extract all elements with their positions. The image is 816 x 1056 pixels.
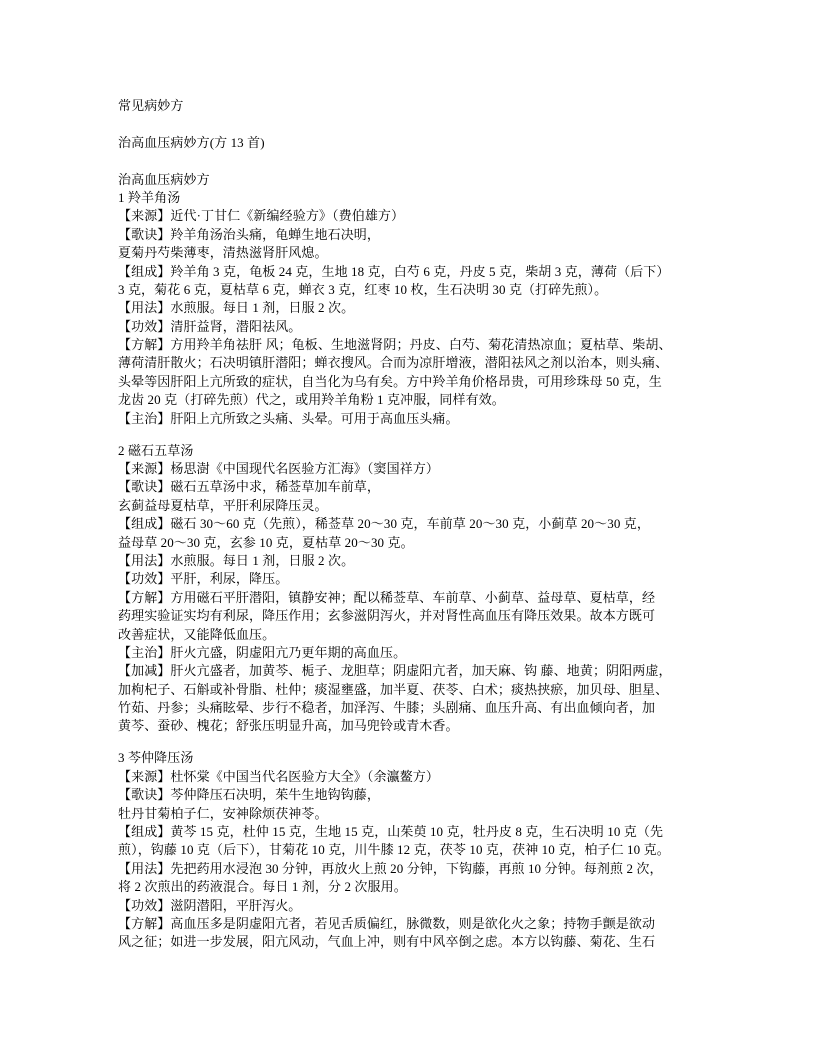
remedy-text-line: 【功效】平肝，利尿，降压。 <box>118 570 710 588</box>
document-page: 常见病妙方治高血压病妙方(方 13 首)治高血压病妙方1 羚羊角汤【来源】近代·… <box>0 0 816 1056</box>
remedy-text-line: 龙齿 20 克（打碎先煎）代之，或用羚羊角粉 1 克冲服，同样有效。 <box>118 391 710 409</box>
blank-line <box>118 428 710 442</box>
collection-heading: 治高血压病妙方(方 13 首) <box>118 134 710 152</box>
remedy-text-line: 益母草 20～30 克，玄参 10 克，夏枯草 20～30 克。 <box>118 534 710 552</box>
remedy-text-line: 药理实验证实均有利尿，降压作用；玄参滋阴泻火，并对肾性高血压有降压效果。故本方既… <box>118 607 710 625</box>
document-body: 常见病妙方治高血压病妙方(方 13 首)治高血压病妙方1 羚羊角汤【来源】近代·… <box>118 97 710 952</box>
remedy-text-line: 玄蓟益母夏枯草，平肝利尿降压灵。 <box>118 497 710 515</box>
remedy-text-line: 牡丹甘菊柏子仁，安神除烦茯神苓。 <box>118 805 710 823</box>
remedy-text-line: 【组成】磁石 30～60 克（先煎），稀莶草 20～30 克，车前草 20～30… <box>118 515 710 533</box>
remedy-text-line: 【主治】肝火亢盛，阴虚阳亢乃更年期的高血压。 <box>118 644 710 662</box>
remedy-text-line: 【加减】肝火亢盛者，加黄芩、栀子、龙胆草；阴虚阳亢者，加天麻、钩 藤、地黄；阴阳… <box>118 662 710 680</box>
remedy-text-line: 【歌诀】芩仲降压石决明，茱牛生地钩钩藤， <box>118 786 710 804</box>
remedy-text-line: 【来源】近代·丁甘仁《新编经验方》（费伯雄方） <box>118 207 710 225</box>
remedy-text-line: 【用法】水煎服。每日 1 剂，日服 2 次。 <box>118 552 710 570</box>
remedy-text-line: 【功效】清肝益肾，潜阳祛风。 <box>118 318 710 336</box>
remedy-text-line: 头晕等因肝阳上亢所致的症状，自当化为乌有矣。方中羚羊角价格昂贵，可用珍珠母 50… <box>118 373 710 391</box>
remedy-text-line: 【方解】方用磁石平肝潜阳，镇静安神；配以稀莶草、车前草、小蓟草、益母草、夏枯草，… <box>118 589 710 607</box>
remedy-text-line: 薄荷清肝散火；石决明镇肝潜阳；蝉衣搜风。合而为凉肝增液，潜阳祛风之剂以治本，则头… <box>118 354 710 372</box>
remedy-heading: 2 磁石五草汤 <box>118 442 710 460</box>
remedy-text-line: 【歌诀】羚羊角汤治头痛，龟蝉生地石决明， <box>118 226 710 244</box>
remedy-text-line: 【组成】黄芩 15 克，杜仲 15 克，生地 15 克，山茱萸 10 克，牡丹皮… <box>118 823 710 841</box>
remedy-text-line: 改善症状，又能降低血压。 <box>118 626 710 644</box>
blank-line <box>118 152 710 170</box>
remedy-text-line: 【歌诀】磁石五草汤中求，稀莶草加车前草， <box>118 478 710 496</box>
remedy-text-line: 竹茹、丹参；头痛眩晕、步行不稳者，加泽泻、牛膝；头剧痛、血压升高、有出血倾向者，… <box>118 699 710 717</box>
remedy-text-line: 煎），钩藤 10 克（后下），甘菊花 10 克，川牛膝 12 克，茯苓 10 克… <box>118 841 710 859</box>
remedy-text-line: 【来源】杜怀棠《中国当代名医验方大全》（余瀛鳌方） <box>118 768 710 786</box>
remedy-text-line: 【方解】方用羚羊角祛肝 风；龟板、生地滋肾阴；丹皮、白芍、菊花清热凉血；夏枯草、… <box>118 336 710 354</box>
remedy-text-line: 【组成】羚羊角 3 克，龟板 24 克，生地 18 克，白芍 6 克，丹皮 5 … <box>118 263 710 281</box>
blank-line <box>118 736 710 750</box>
chapter-heading: 治高血压病妙方 <box>118 171 710 189</box>
remedy-text-line: 黄芩、蚕砂、槐花；舒张压明显升高，加马兜铃或青木香。 <box>118 717 710 735</box>
page-header: 常见病妙方 <box>118 97 710 115</box>
remedy-text-line: 【用法】水煎服。每日 1 剂，日服 2 次。 <box>118 299 710 317</box>
remedy-text-line: 将 2 次煎出的药液混合。每日 1 剂，分 2 次服用。 <box>118 878 710 896</box>
remedy-text-line: 【用法】先把药用水浸泡 30 分钟，再放火上煎 20 分钟，下钩藤，再煎 10 … <box>118 860 710 878</box>
remedy-text-line: 【来源】杨思澍《中国现代名医验方汇海》（窦国祥方） <box>118 460 710 478</box>
remedy-text-line: 【主治】肝阳上亢所致之头痛、头晕。可用于高血压头痛。 <box>118 410 710 428</box>
remedy-text-line: 风之征；如进一步发展，阳亢风动，气血上冲，则有中风卒倒之虑。本方以钩藤、菊花、生… <box>118 933 710 951</box>
remedy-heading: 3 芩仲降压汤 <box>118 749 710 767</box>
remedy-heading: 1 羚羊角汤 <box>118 189 710 207</box>
remedy-text-line: 【功效】滋阴潜阳，平肝泻火。 <box>118 897 710 915</box>
remedy-text-line: 加枸杞子、石斛或补骨脂、杜仲；痰湿壅盛，加半夏、茯苓、白术；痰热挟瘀，加贝母、胆… <box>118 681 710 699</box>
remedy-text-line: 夏菊丹芍柴薄枣，清热滋肾肝风熄。 <box>118 244 710 262</box>
remedy-text-line: 3 克，菊花 6 克，夏枯草 6 克，蝉衣 3 克，红枣 10 枚，生石决明 3… <box>118 281 710 299</box>
blank-line <box>118 115 710 133</box>
remedy-text-line: 【方解】高血压多是阴虚阳亢者，若见舌质偏红，脉微数，则是欲化火之象；持物手颤是欲… <box>118 915 710 933</box>
